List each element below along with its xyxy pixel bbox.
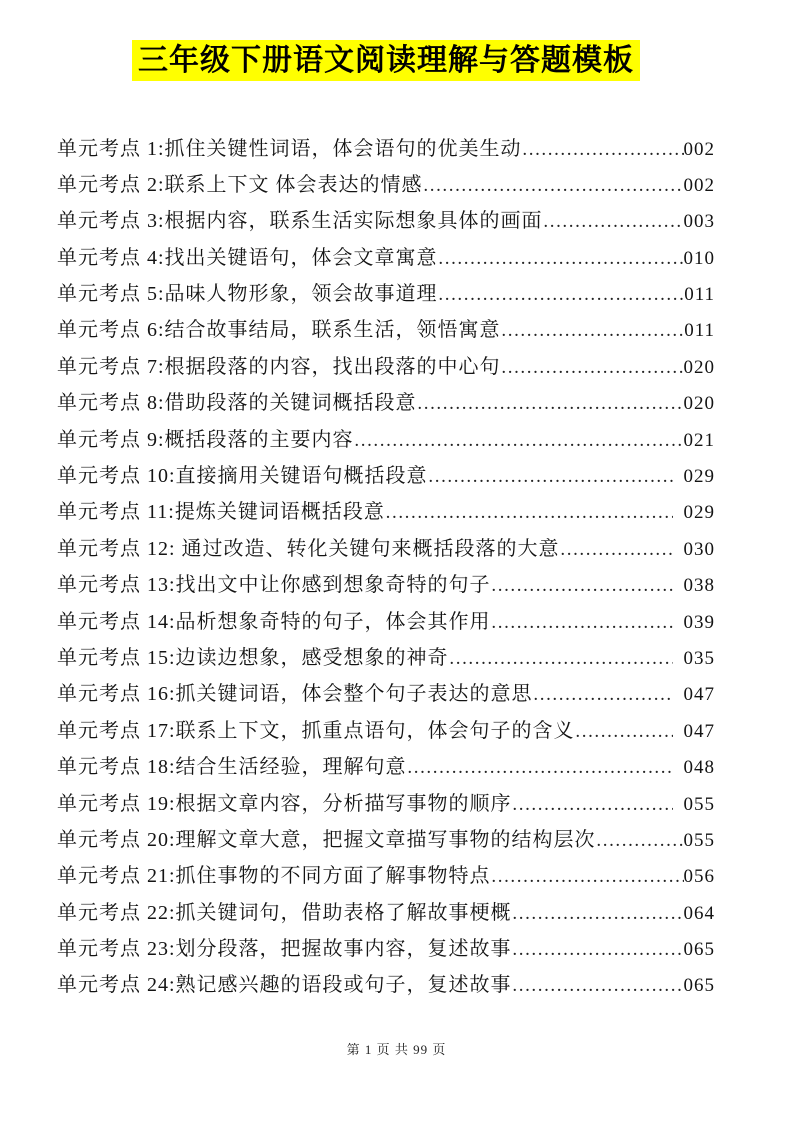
toc-page-number: 002 — [684, 132, 716, 168]
toc-entry-label: 单元考点 14:品析想象奇特的句子，体会其作用 — [57, 604, 491, 640]
toc-leader-dots: …………………………………………………………………………………………………………… — [512, 896, 684, 932]
toc-entry: 单元考点 14:品析想象奇特的句子，体会其作用 …………………………………………… — [57, 604, 715, 640]
toc-entry: 单元考点 4:找出关键语句，体会文章寓意 …………………………………………………… — [57, 240, 715, 276]
toc-page-number: 047 — [673, 714, 716, 750]
toc-page-number: 035 — [673, 641, 716, 677]
toc-page-number: 055 — [673, 787, 716, 823]
toc-entry: 单元考点 19:根据文章内容，分析描写事物的顺序 ………………………………………… — [57, 786, 715, 822]
toc-entry: 单元考点 7:根据段落的内容，找出段落的中心句 …………………………………………… — [57, 349, 715, 385]
toc-entry-label: 单元考点 20:理解文章大意，把握文章描写事物的结构层次 — [57, 822, 596, 858]
toc-entry-label: 单元考点 24:熟记感兴趣的语段或句子，复述故事 — [57, 967, 512, 1003]
toc-entry: 单元考点 12: 通过改造、转化关键句来概括段落的大意 ………………………………… — [57, 531, 715, 567]
document-page: 三年级下册语文阅读理解与答题模板 单元考点 1:抓住关键性词语，体会语句的优美生… — [0, 0, 793, 1122]
toc-leader-dots: …………………………………………………………………………………………………………… — [560, 532, 673, 568]
toc-page-number: 003 — [684, 204, 716, 240]
toc-page-number: 030 — [673, 532, 716, 568]
toc-leader-dots: …………………………………………………………………………………………………………… — [491, 605, 673, 641]
toc-entry: 单元考点 8:借助段落的关键词概括段意 ……………………………………………………… — [57, 385, 715, 421]
toc-entry: 单元考点 15:边读边想象，感受想象的神奇 ………………………………………………… — [57, 640, 715, 676]
toc-page-number: 065 — [684, 932, 716, 968]
toc-entry-label: 单元考点 2:联系上下文 体会表达的情感 — [57, 167, 423, 203]
toc-entry-label: 单元考点 9:概括段落的主要内容 — [57, 422, 354, 458]
toc-entry: 单元考点 13:找出文中让你感到想象奇特的句子 …………………………………………… — [57, 567, 715, 603]
page-title: 三年级下册语文阅读理解与答题模板 — [57, 38, 715, 85]
toc-leader-dots: …………………………………………………………………………………………………………… — [596, 823, 684, 859]
toc-entry-label: 单元考点 5:品味人物形象，领会故事道理 — [57, 276, 438, 312]
toc-entry: 单元考点 18:结合生活经验，理解句意 ……………………………………………………… — [57, 749, 715, 785]
toc-entry: 单元考点 17:联系上下文，抓重点语句，体会句子的含义 ………………………………… — [57, 713, 715, 749]
toc-list: 单元考点 1:抓住关键性词语，体会语句的优美生动 ………………………………………… — [57, 131, 715, 1004]
toc-leader-dots: …………………………………………………………………………………………………………… — [543, 204, 684, 240]
toc-leader-dots: …………………………………………………………………………………………………………… — [428, 459, 673, 495]
toc-page-number: 011 — [684, 277, 715, 313]
toc-page-number: 039 — [673, 605, 716, 641]
toc-entry-label: 单元考点 18:结合生活经验，理解句意 — [57, 749, 407, 785]
toc-entry-label: 单元考点 12: 通过改造、转化关键句来概括段落的大意 — [57, 531, 560, 567]
toc-leader-dots: …………………………………………………………………………………………………………… — [438, 277, 685, 313]
toc-entry-label: 单元考点 17:联系上下文，抓重点语句，体会句子的含义 — [57, 713, 575, 749]
toc-page-number: 029 — [673, 495, 716, 531]
toc-entry: 单元考点 22:抓关键词句，借助表格了解故事梗概 ………………………………………… — [57, 895, 715, 931]
toc-page-number: 055 — [684, 823, 716, 859]
toc-page-number: 021 — [684, 423, 716, 459]
toc-page-number: 020 — [684, 386, 716, 422]
toc-entry-label: 单元考点 19:根据文章内容，分析描写事物的顺序 — [57, 786, 512, 822]
toc-leader-dots: …………………………………………………………………………………………………………… — [512, 968, 684, 1004]
toc-leader-dots: …………………………………………………………………………………………………………… — [417, 386, 684, 422]
toc-page-number: 029 — [673, 459, 716, 495]
toc-page-number: 038 — [673, 568, 716, 604]
title-highlight: 三年级下册语文阅读理解与答题模板 — [132, 40, 640, 81]
toc-page-number: 010 — [684, 241, 716, 277]
toc-entry-label: 单元考点 22:抓关键词句，借助表格了解故事梗概 — [57, 895, 512, 931]
toc-entry-label: 单元考点 1:抓住关键性词语，体会语句的优美生动 — [57, 131, 522, 167]
toc-leader-dots: …………………………………………………………………………………………………………… — [512, 932, 684, 968]
toc-entry-label: 单元考点 15:边读边想象，感受想象的神奇 — [57, 640, 449, 676]
toc-leader-dots: …………………………………………………………………………………………………………… — [575, 714, 673, 750]
toc-leader-dots: …………………………………………………………………………………………………………… — [512, 787, 673, 823]
toc-page-number: 065 — [684, 968, 716, 1004]
toc-entry: 单元考点 3:根据内容，联系生活实际想象具体的画面 ……………………………………… — [57, 203, 715, 239]
toc-entry-label: 单元考点 16:抓关键词语，体会整个句子表达的意思 — [57, 676, 533, 712]
toc-entry: 单元考点 16:抓关键词语，体会整个句子表达的意思 ……………………………………… — [57, 676, 715, 712]
toc-page-number: 048 — [673, 750, 716, 786]
toc-page-number: 002 — [684, 168, 716, 204]
toc-entry: 单元考点 23:划分段落，把握故事内容，复述故事 ………………………………………… — [57, 931, 715, 967]
page-footer: 第 1 页 共 99 页 — [0, 1039, 793, 1058]
toc-entry-label: 单元考点 8:借助段落的关键词概括段意 — [57, 385, 417, 421]
toc-entry: 单元考点 9:概括段落的主要内容 ……………………………………………………………… — [57, 422, 715, 458]
toc-page-number: 047 — [673, 677, 716, 713]
toc-entry-label: 单元考点 13:找出文中让你感到想象奇特的句子 — [57, 567, 491, 603]
toc-entry-label: 单元考点 23:划分段落，把握故事内容，复述故事 — [57, 931, 512, 967]
toc-entry: 单元考点 21:抓住事物的不同方面了解事物特点 …………………………………………… — [57, 858, 715, 894]
toc-leader-dots: …………………………………………………………………………………………………………… — [501, 313, 685, 349]
toc-entry-label: 单元考点 10:直接摘用关键语句概括段意 — [57, 458, 428, 494]
toc-page-number: 020 — [684, 350, 716, 386]
toc-entry: 单元考点 2:联系上下文 体会表达的情感 …………………………………………………… — [57, 167, 715, 203]
toc-leader-dots: …………………………………………………………………………………………………………… — [423, 168, 684, 204]
toc-entry: 单元考点 5:品味人物形象，领会故事道理 …………………………………………………… — [57, 276, 715, 312]
toc-entry-label: 单元考点 4:找出关键语句，体会文章寓意 — [57, 240, 438, 276]
toc-entry: 单元考点 10:直接摘用关键语句概括段意 …………………………………………………… — [57, 458, 715, 494]
toc-entry: 单元考点 20:理解文章大意，把握文章描写事物的结构层次 ……………………………… — [57, 822, 715, 858]
toc-entry: 单元考点 24:熟记感兴趣的语段或句子，复述故事 ………………………………………… — [57, 967, 715, 1003]
toc-page-number: 064 — [684, 896, 716, 932]
toc-entry: 单元考点 11:提炼关键词语概括段意 ………………………………………………………… — [57, 494, 715, 530]
toc-entry-label: 单元考点 11:提炼关键词语概括段意 — [57, 494, 385, 530]
toc-leader-dots: …………………………………………………………………………………………………………… — [522, 132, 684, 168]
toc-entry-label: 单元考点 6:结合故事结局，联系生活，领悟寓意 — [57, 312, 501, 348]
toc-leader-dots: …………………………………………………………………………………………………………… — [438, 241, 684, 277]
toc-page-number: 056 — [684, 859, 716, 895]
toc-page-number: 011 — [684, 313, 715, 349]
toc-entry: 单元考点 1:抓住关键性词语，体会语句的优美生动 ………………………………………… — [57, 131, 715, 167]
toc-leader-dots: …………………………………………………………………………………………………………… — [385, 495, 673, 531]
toc-leader-dots: …………………………………………………………………………………………………………… — [407, 750, 673, 786]
toc-entry-label: 单元考点 3:根据内容，联系生活实际想象具体的画面 — [57, 203, 543, 239]
toc-leader-dots: …………………………………………………………………………………………………………… — [354, 423, 684, 459]
toc-entry: 单元考点 6:结合故事结局，联系生活，领悟寓意 …………………………………………… — [57, 312, 715, 348]
toc-leader-dots: …………………………………………………………………………………………………………… — [491, 859, 684, 895]
toc-leader-dots: …………………………………………………………………………………………………………… — [533, 677, 673, 713]
toc-leader-dots: …………………………………………………………………………………………………………… — [449, 641, 673, 677]
toc-leader-dots: …………………………………………………………………………………………………………… — [501, 350, 684, 386]
toc-entry-label: 单元考点 21:抓住事物的不同方面了解事物特点 — [57, 858, 491, 894]
toc-leader-dots: …………………………………………………………………………………………………………… — [491, 568, 673, 604]
toc-entry-label: 单元考点 7:根据段落的内容，找出段落的中心句 — [57, 349, 501, 385]
